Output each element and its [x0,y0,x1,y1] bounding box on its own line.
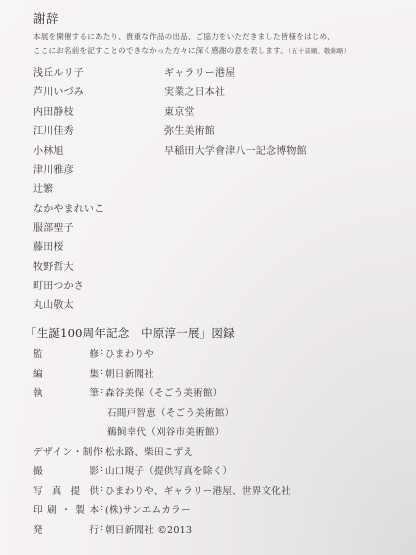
organization-name: 弥生美術館 [164,122,215,137]
acknowledgements-heading: 謝辞 [33,9,59,27]
credit-value: 森谷美保（そごう美術館） [105,385,223,399]
label-char: 執 [33,385,43,399]
credit-value: (株)サンエムカラー [105,502,191,516]
intro-text-2: ここにお名前を記すことのできなかった方々に深く感謝の意を表します。 [33,46,288,55]
credit-colon: : [100,502,103,513]
individual-name: なかやまれいこ [33,200,104,215]
credit-colon: : [100,483,103,494]
credit-label: 監 修 [33,346,99,360]
credit-label: 編 集 [33,366,99,380]
label-char: 供 [89,483,99,497]
catalog-title: 「生誕100周年記念 中原淳一展」図録 [25,325,235,341]
credit-value: 松永路、柴田こずえ [105,444,193,458]
label-char: 本 [89,502,99,516]
label-char: 真 [52,483,62,497]
label-char: デザイン・制作 [33,444,103,458]
credit-value: ひまわりや [105,346,154,360]
credit-value: 山口規子（提供写真を除く） [105,463,232,477]
credit-colon: : [100,366,103,377]
individual-name: 丸山敬太 [33,296,74,311]
credit-label: 印 刷 ・ 製 本 [33,502,99,516]
individual-name: 江川佳秀 [33,122,74,137]
label-char: 筆 [89,385,99,399]
intro-line-2: ここにお名前を記すことのできなかった方々に深く感謝の意を表します。（五十音順、敬… [33,45,350,56]
credit-value: ひまわりや、ギャラリー港屋、世界文化社 [105,483,291,497]
credit-value: 朝日新聞社 ©2013 [105,522,192,536]
individual-name: 町田つかさ [33,277,84,292]
credit-label: 発 行 [33,522,99,536]
label-char: 行 [89,522,99,536]
credit-label: 執 筆 [33,385,99,399]
individual-name: 津川雅彦 [33,161,74,176]
credit-colon: : [100,385,103,396]
individual-name: 藤田桜 [33,238,64,253]
individual-name: 小林旭 [33,142,64,157]
intro-note: （五十音順、敬称略） [288,47,350,55]
individual-name: 浅丘ルリ子 [33,64,84,79]
label-char: 影 [89,463,99,477]
organization-name: 東京堂 [164,103,195,118]
individual-name: 内田静枝 [33,103,74,118]
individual-name: 服部聖子 [33,219,74,234]
credit-label: 写 真 提 供 [33,483,99,497]
organization-name: ギャラリー港屋 [164,64,235,79]
label-char: 監 [33,346,43,360]
individual-name: 牧野哲大 [33,258,74,273]
credit-colon: : [100,522,103,533]
credit-value: 鵜飼幸代（刈谷市美術館） [107,424,225,438]
label-char: 刷 [47,502,57,516]
label-char: 提 [71,483,81,497]
acknowledgements-page: 謝辞 本展を開催するにあたり、貴重な作品の出品、ご協力をいただきました皆様をはじ… [0,0,416,555]
credit-colon: : [100,346,103,357]
organization-name: 早稲田大学會津八一記念博物館 [164,142,307,157]
credit-colon: : [100,463,103,474]
intro-line-1: 本展を開催するにあたり、貴重な作品の出品、ご協力をいただきました皆様をはじめ、 [33,31,335,42]
label-char: 写 [33,483,43,497]
credit-label: 撮 影 [33,463,99,477]
label-char: ・ [61,502,71,516]
intro-text-1: 本展を開催するにあたり、貴重な作品の出品、ご協力をいただきました皆様をはじめ、 [33,32,335,41]
label-char: 製 [75,502,85,516]
individual-name: 辻繁 [33,180,53,195]
label-char: 編 [33,366,43,380]
credit-value: 朝日新聞社 [105,366,154,380]
label-char: 集 [89,366,99,380]
label-char: 発 [33,522,43,536]
credit-colon: : [100,444,103,455]
label-char: 修 [89,346,99,360]
credit-label: デザイン・制作 [33,444,99,458]
individual-name: 芦川いづみ [33,83,84,98]
credit-value: 石間戸智恵（そごう美術館） [107,405,234,419]
label-char: 印 [33,502,43,516]
organization-name: 実業之日本社 [164,83,225,98]
label-char: 撮 [33,463,43,477]
